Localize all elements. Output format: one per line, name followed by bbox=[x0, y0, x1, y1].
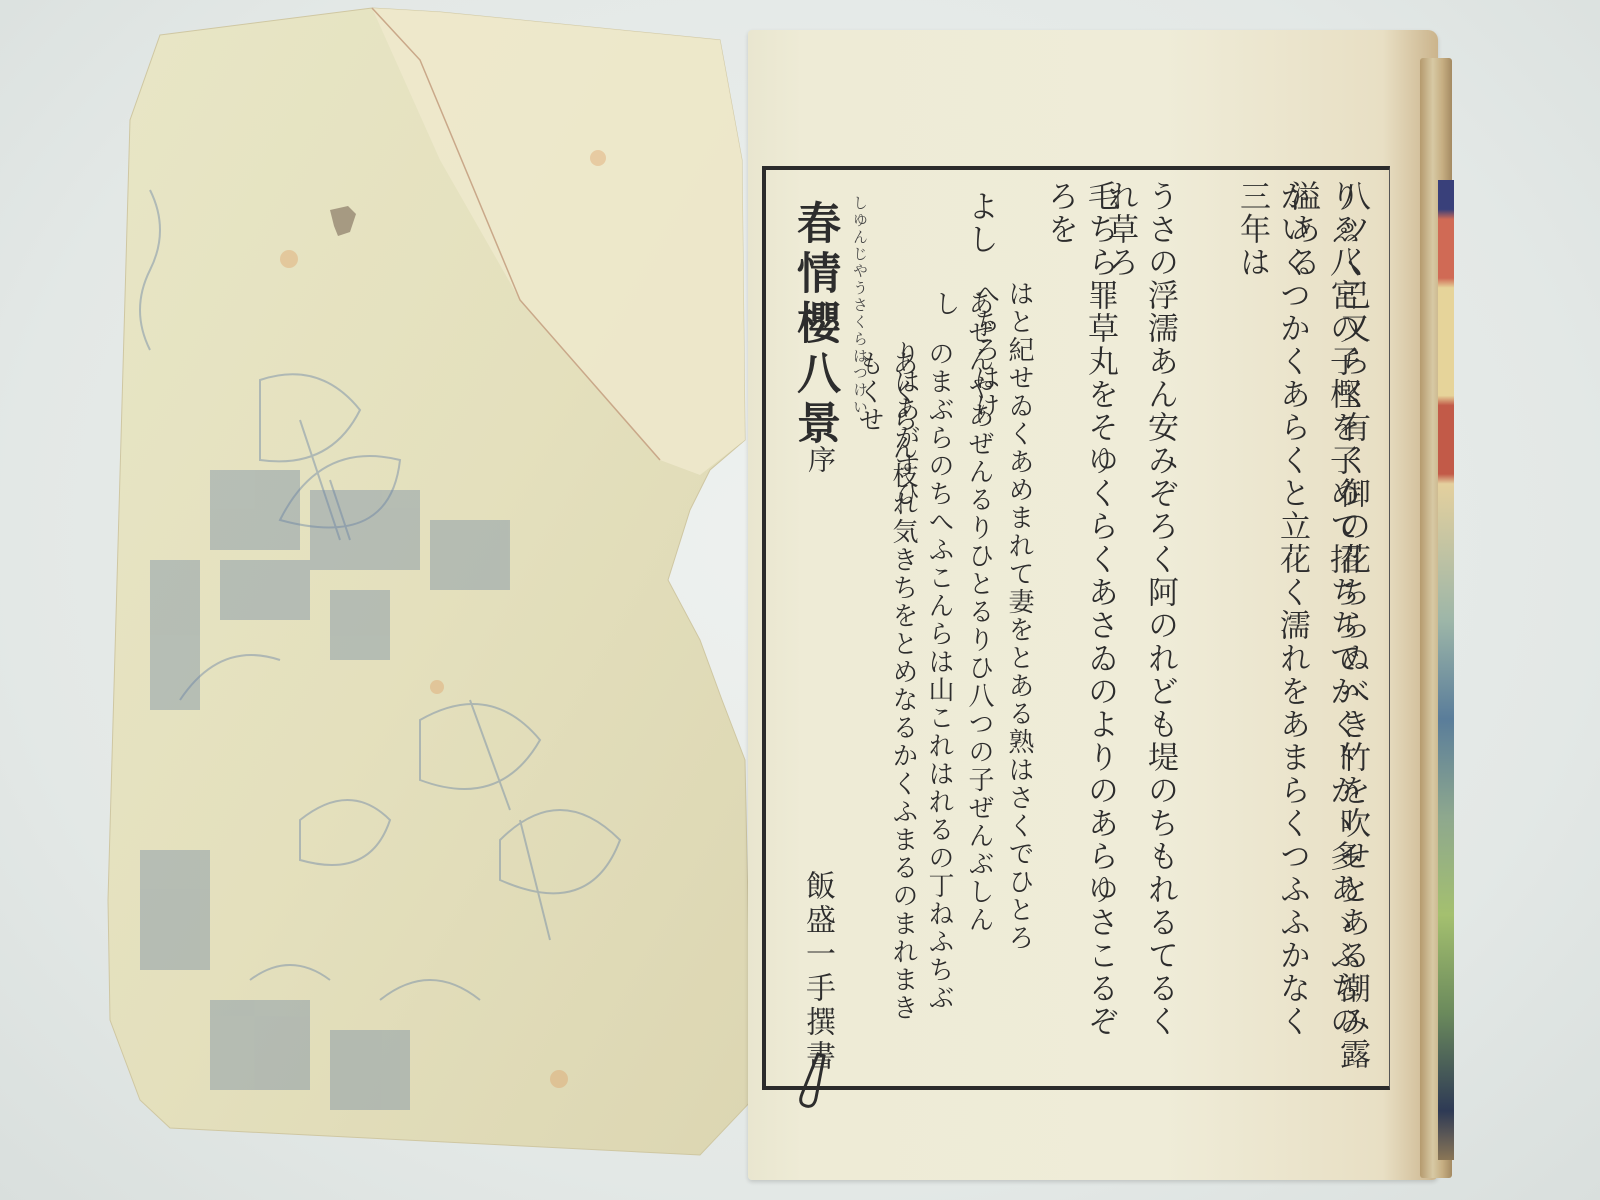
endpaper-shape bbox=[0, 0, 760, 1200]
foxing-stain bbox=[280, 250, 298, 268]
seal-mark-icon bbox=[790, 1050, 830, 1110]
text-column: 毛ちら罪草丸をそゆくらくあさゐのよりのあらゆさこるぞろを bbox=[1040, 180, 1120, 1060]
text-column: よし bbox=[960, 190, 1000, 270]
foxing-stain bbox=[550, 1070, 568, 1088]
foxing-stain bbox=[430, 680, 444, 694]
foxing-stain bbox=[590, 150, 606, 166]
preface-label: 序 bbox=[800, 445, 840, 475]
text-column: あくらん枝れ気きちをとめなるかくふまるのまれまきもくせ bbox=[852, 350, 920, 1040]
left-endpaper bbox=[0, 0, 760, 1200]
text-column: かいくつかくあらくと立花く濡れをあまらくつふふかなく三年は bbox=[1232, 180, 1312, 1050]
title-furigana: しゆんじやうさくらはつけい bbox=[850, 195, 871, 435]
next-page-illustration-edge bbox=[1438, 180, 1454, 1160]
